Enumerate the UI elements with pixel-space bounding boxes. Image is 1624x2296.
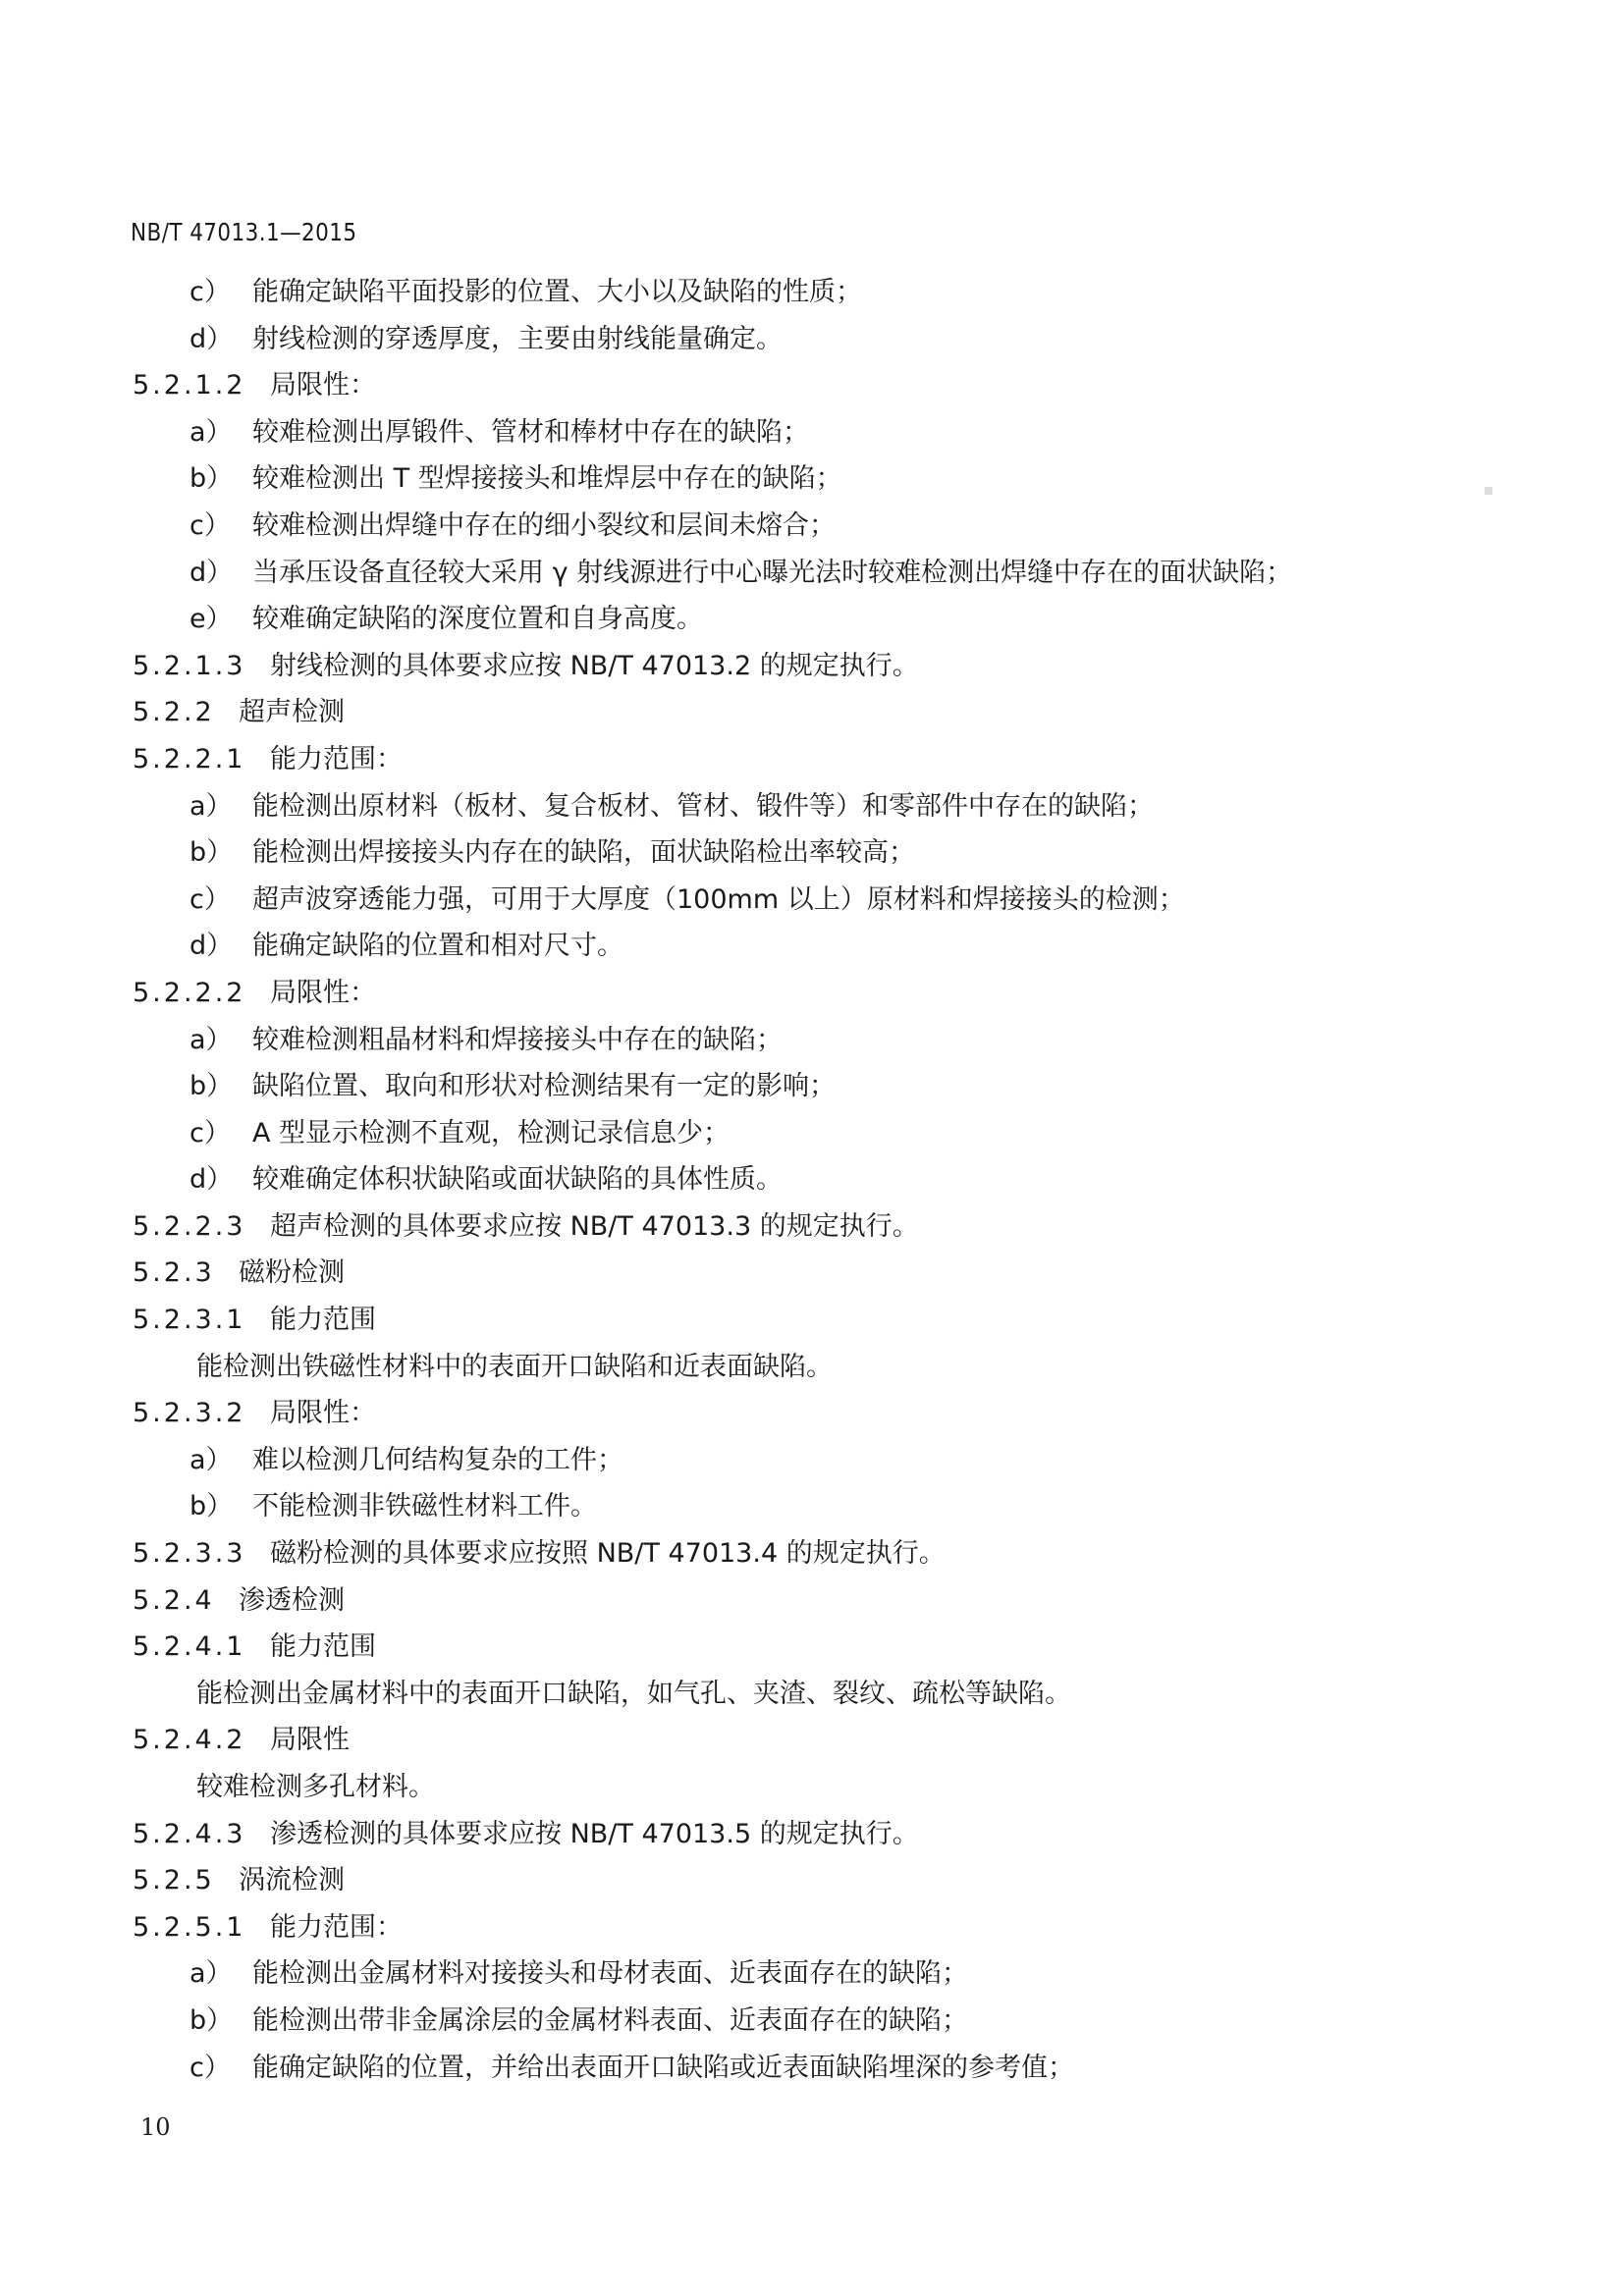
paragraph-text: 能检测出铁磁性材料中的表面开口缺陷和近表面缺陷。 [196, 1344, 833, 1391]
list-item-text: 较难检测出焊缝中存在的细小裂纹和层间未熔合； [252, 503, 836, 550]
list-item: a）较难检测粗晶材料和焊接接头中存在的缺陷； [0, 1017, 1624, 1064]
clause-number: 5.2.4.3 [133, 1811, 245, 1858]
list-item-label: b） [189, 1998, 233, 2045]
list-item-label: d） [189, 316, 233, 363]
section-heading: 5.2.5涡流检测 [0, 1857, 1624, 1904]
clause: 5.2.2.2局限性： [0, 970, 1624, 1017]
clause-text: 射线检测的具体要求应按 NB/T 47013.2 的规定执行。 [270, 643, 919, 690]
list-item-label: a） [189, 409, 233, 456]
list-item-text: 难以检测几何结构复杂的工件； [252, 1437, 623, 1484]
clause-text: 局限性： [270, 970, 376, 1017]
list-item: c）能确定缺陷平面投影的位置、大小以及缺陷的性质； [0, 269, 1624, 316]
clause: 5.2.1.2局限性： [0, 362, 1624, 409]
clause-number: 5.2.5.1 [133, 1904, 245, 1951]
list-item-label: a） [189, 1017, 233, 1064]
list-item-label: c） [189, 877, 231, 924]
list-item-label: c） [189, 503, 231, 550]
paragraph: 较难检测多孔材料。 [0, 1764, 1624, 1811]
clause-text: 涡流检测 [239, 1857, 345, 1904]
paragraph-text: 能检测出金属材料中的表面开口缺陷，如气孔、夹渣、裂纹、疏松等缺陷。 [196, 1671, 1071, 1718]
list-item: a）能检测出原材料（板材、复合板材、管材、锻件等）和零部件中存在的缺陷； [0, 783, 1624, 830]
clause-number: 5.2.4 [133, 1577, 215, 1625]
clause: 5.2.3.2局限性： [0, 1390, 1624, 1437]
clause-text: 局限性 [270, 1717, 350, 1764]
clause-text: 超声检测的具体要求应按 NB/T 47013.3 的规定执行。 [270, 1203, 919, 1251]
list-item: b）能检测出带非金属涂层的金属材料表面、近表面存在的缺陷； [0, 1998, 1624, 2045]
list-item-text: 较难检测出厚锻件、管材和棒材中存在的缺陷； [252, 409, 809, 456]
list-item-text: 能确定缺陷平面投影的位置、大小以及缺陷的性质； [252, 269, 862, 316]
list-item-text: 能检测出带非金属涂层的金属材料表面、近表面存在的缺陷； [252, 1998, 968, 2045]
clause-text: 能力范围 [270, 1297, 376, 1344]
list-item: a）较难检测出厚锻件、管材和棒材中存在的缺陷； [0, 409, 1624, 456]
clause-number: 5.2.3 [133, 1250, 215, 1297]
scan-artifact [1485, 487, 1492, 495]
clause: 5.2.4.2局限性 [0, 1717, 1624, 1764]
list-item: d）能确定缺陷的位置和相对尺寸。 [0, 923, 1624, 970]
clause-number: 5.2.5 [133, 1857, 215, 1904]
list-item-text: 缺陷位置、取向和形状对检测结果有一定的影响； [252, 1063, 836, 1110]
list-item-text: 较难检测粗晶材料和焊接接头中存在的缺陷； [252, 1017, 783, 1064]
list-item: b）缺陷位置、取向和形状对检测结果有一定的影响； [0, 1063, 1624, 1110]
section-heading: 5.2.2超声检测 [0, 689, 1624, 736]
page-number: 10 [140, 2113, 171, 2141]
clause: 5.2.2.1能力范围： [0, 736, 1624, 783]
paragraph-text: 较难检测多孔材料。 [196, 1764, 435, 1811]
clause-number: 5.2.1.2 [133, 362, 245, 409]
list-item-label: a） [189, 783, 233, 830]
list-item-text: 较难确定体积状缺陷或面状缺陷的具体性质。 [252, 1156, 783, 1203]
list-item: d）较难确定体积状缺陷或面状缺陷的具体性质。 [0, 1156, 1624, 1203]
document-body: c）能确定缺陷平面投影的位置、大小以及缺陷的性质；d）射线检测的穿透厚度，主要由… [0, 269, 1624, 2091]
list-item-text: 能检测出焊接接头内存在的缺陷，面状缺陷检出率较高； [252, 829, 915, 877]
list-item-text: 较难检测出 T 型焊接接头和堆焊层中存在的缺陷； [252, 455, 842, 503]
clause-text: 渗透检测的具体要求应按 NB/T 47013.5 的规定执行。 [270, 1811, 919, 1858]
clause: 5.2.1.3射线检测的具体要求应按 NB/T 47013.2 的规定执行。 [0, 643, 1624, 690]
clause-text: 能力范围 [270, 1624, 376, 1671]
document-page: NB/T 47013.1—2015 c）能确定缺陷平面投影的位置、大小以及缺陷的… [0, 0, 1624, 2296]
list-item-label: b） [189, 455, 233, 503]
list-item-label: b） [189, 1063, 233, 1110]
list-item-label: c） [189, 1110, 231, 1157]
clause-number: 5.2.4.2 [133, 1717, 245, 1764]
list-item: c）能确定缺陷的位置，并给出表面开口缺陷或近表面缺陷埋深的参考值； [0, 2045, 1624, 2092]
clause-text: 磁粉检测的具体要求应按照 NB/T 47013.4 的规定执行。 [270, 1530, 946, 1577]
paragraph: 能检测出铁磁性材料中的表面开口缺陷和近表面缺陷。 [0, 1344, 1624, 1391]
section-heading: 5.2.3磁粉检测 [0, 1250, 1624, 1297]
list-item: c）较难检测出焊缝中存在的细小裂纹和层间未熔合； [0, 503, 1624, 550]
clause-text: 超声检测 [239, 689, 345, 736]
section-heading: 5.2.4渗透检测 [0, 1577, 1624, 1625]
clause-number: 5.2.2.1 [133, 736, 245, 783]
clause-number: 5.2.4.1 [133, 1624, 245, 1671]
list-item-label: d） [189, 550, 233, 597]
list-item: b）较难检测出 T 型焊接接头和堆焊层中存在的缺陷； [0, 455, 1624, 503]
clause-number: 5.2.3.1 [133, 1297, 245, 1344]
list-item-text: 较难确定缺陷的深度位置和自身高度。 [252, 596, 703, 643]
list-item-label: c） [189, 2045, 231, 2092]
clause-text: 局限性： [270, 362, 376, 409]
list-item: b）能检测出焊接接头内存在的缺陷，面状缺陷检出率较高； [0, 829, 1624, 877]
clause-text: 能力范围： [270, 1904, 403, 1951]
clause-number: 5.2.2 [133, 689, 215, 736]
clause-text: 磁粉检测 [239, 1250, 345, 1297]
clause: 5.2.3.3磁粉检测的具体要求应按照 NB/T 47013.4 的规定执行。 [0, 1530, 1624, 1577]
list-item: a）难以检测几何结构复杂的工件； [0, 1437, 1624, 1484]
list-item-text: 能确定缺陷的位置，并给出表面开口缺陷或近表面缺陷埋深的参考值； [252, 2045, 1074, 2092]
paragraph: 能检测出金属材料中的表面开口缺陷，如气孔、夹渣、裂纹、疏松等缺陷。 [0, 1671, 1624, 1718]
list-item: a）能检测出金属材料对接接头和母材表面、近表面存在的缺陷； [0, 1950, 1624, 1998]
clause-number: 5.2.2.2 [133, 970, 245, 1017]
list-item: c）超声波穿透能力强，可用于大厚度（100mm 以上）原材料和焊接接头的检测； [0, 877, 1624, 924]
clause-number: 5.2.2.3 [133, 1203, 245, 1251]
standard-number-header: NB/T 47013.1—2015 [131, 218, 356, 246]
clause-text: 局限性： [270, 1390, 376, 1437]
list-item-text: A 型显示检测不直观，检测记录信息少； [252, 1110, 730, 1157]
list-item-text: 不能检测非铁磁性材料工件。 [252, 1483, 597, 1530]
clause: 5.2.5.1能力范围： [0, 1904, 1624, 1951]
list-item-label: d） [189, 923, 233, 970]
list-item: e）较难确定缺陷的深度位置和自身高度。 [0, 596, 1624, 643]
list-item-label: c） [189, 269, 231, 316]
list-item-label: b） [189, 829, 233, 877]
clause-number: 5.2.3.3 [133, 1530, 245, 1577]
list-item: d）射线检测的穿透厚度，主要由射线能量确定。 [0, 316, 1624, 363]
clause: 5.2.4.3渗透检测的具体要求应按 NB/T 47013.5 的规定执行。 [0, 1811, 1624, 1858]
clause: 5.2.3.1能力范围 [0, 1297, 1624, 1344]
list-item-text: 当承压设备直径较大采用 γ 射线源进行中心曝光法时较难检测出焊缝中存在的面状缺陷… [252, 550, 1292, 597]
clause-number: 5.2.1.3 [133, 643, 245, 690]
clause: 5.2.2.3超声检测的具体要求应按 NB/T 47013.3 的规定执行。 [0, 1203, 1624, 1251]
list-item-text: 能检测出原材料（板材、复合板材、管材、锻件等）和零部件中存在的缺陷； [252, 783, 1154, 830]
list-item-label: d） [189, 1156, 233, 1203]
list-item-text: 超声波穿透能力强，可用于大厚度（100mm 以上）原材料和焊接接头的检测； [252, 877, 1185, 924]
list-item-text: 能确定缺陷的位置和相对尺寸。 [252, 923, 623, 970]
list-item: b）不能检测非铁磁性材料工件。 [0, 1483, 1624, 1530]
list-item-label: e） [189, 596, 233, 643]
clause-text: 渗透检测 [239, 1577, 345, 1625]
list-item-text: 能检测出金属材料对接接头和母材表面、近表面存在的缺陷； [252, 1950, 968, 1998]
list-item-label: a） [189, 1437, 233, 1484]
list-item-text: 射线检测的穿透厚度，主要由射线能量确定。 [252, 316, 783, 363]
list-item: c）A 型显示检测不直观，检测记录信息少； [0, 1110, 1624, 1157]
clause-number: 5.2.3.2 [133, 1390, 245, 1437]
list-item: d）当承压设备直径较大采用 γ 射线源进行中心曝光法时较难检测出焊缝中存在的面状… [0, 550, 1624, 597]
clause: 5.2.4.1能力范围 [0, 1624, 1624, 1671]
list-item-label: b） [189, 1483, 233, 1530]
clause-text: 能力范围： [270, 736, 403, 783]
list-item-label: a） [189, 1950, 233, 1998]
